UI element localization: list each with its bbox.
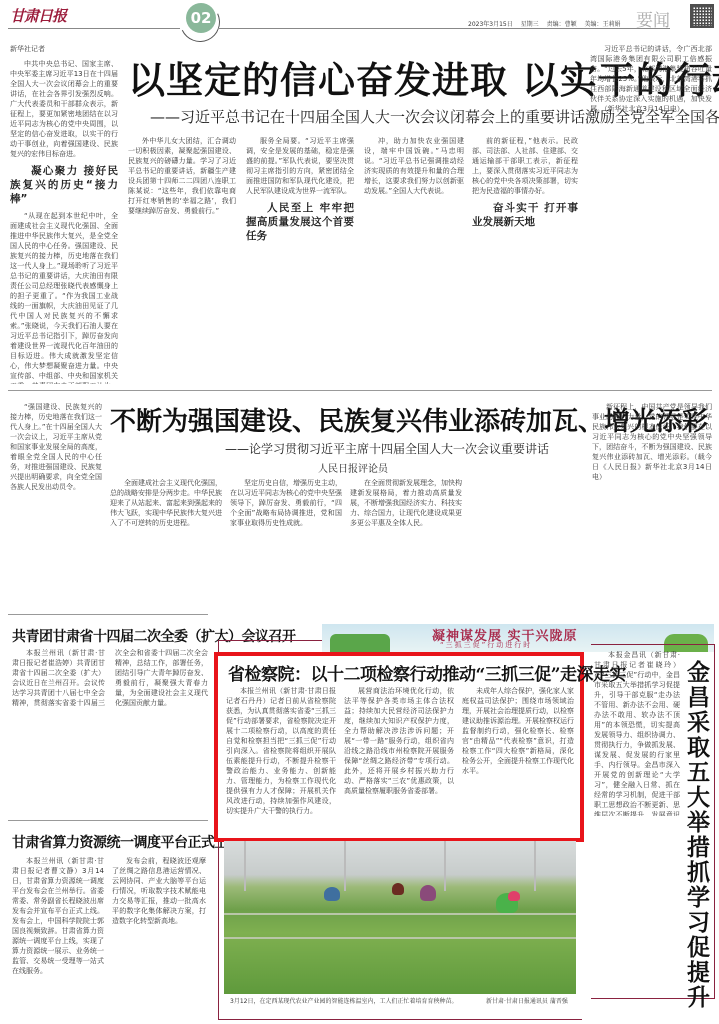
paragraph: 前的新征程，”他表示。民政部、司法部、人社部、住建部、交通运输部干部职工表示，新… — [472, 136, 578, 196]
paragraph: 本报金昌讯（新甘肃·甘肃日报记者崔晓玲）在“三抓三促”行动中，金昌市采取五大举措… — [594, 650, 680, 816]
subhead: 凝心聚力 接好民族复兴的历史“接力棒” — [10, 164, 118, 206]
buildings-illustration-icon — [330, 634, 390, 652]
photo-credit: 新甘肃·甘肃日报通讯员 蒲晋强 — [486, 996, 568, 1005]
paragraph: 在全面贯彻新发展理念，加快构建新发展格局，着力推动高质量发展，不断增强我国经济实… — [350, 478, 462, 528]
byline: 新华社记者 — [10, 44, 118, 54]
subhead: 人民至上 牢牢把握高质量发展这个首要任务 — [246, 201, 354, 243]
section-divider — [8, 390, 712, 391]
subhead: 奋斗实干 打开事业发展新天地 — [472, 201, 578, 229]
article-column: 全面建成社会主义现代化强国，总的战略安排是分两步走。中华民族迎来了从站起来、富起… — [110, 478, 222, 592]
worker-figure — [508, 891, 520, 901]
page-number-badge: 02 — [186, 3, 216, 33]
paragraph: 本报兰州讯（新甘肃·甘肃日报记者曹文静）3月14日，甘肃省算力资源统一调度平台发… — [12, 856, 104, 976]
frame-border — [218, 1019, 582, 1020]
article-column: “强国建设、民族复兴的接力棒，历史地落在我们这一代人身上。”在十四届全国人大一次… — [10, 402, 102, 592]
article-column: 本报兰州讯（新甘肃·甘肃日报记者崔浩婷）共青团甘肃省十四届二次全委（扩大）会议近… — [12, 648, 208, 814]
worker-figure — [392, 883, 404, 895]
masthead: 甘肃日报 02 2023年3月15日 星期三 责编：曹颖 美编：王莉娟 要闻 — [0, 0, 719, 36]
paragraph: 发布会前，程晓波还观摩了丝绸之路信息港运营情况、云网协同、产业大脑等平台运行情况… — [112, 856, 206, 926]
issue-meta: 2023年3月15日 星期三 责编：曹颖 美编：王莉娟 — [468, 19, 627, 28]
paragraph: 本报兰州讯（新甘肃·甘肃日报记者崔浩婷）共青团甘肃省十四届二次全委（扩大）会议近… — [12, 648, 208, 708]
greenhouse-photo[interactable] — [224, 841, 576, 994]
article-column: 新征程上，中国共产党是领导我们事业的核心力量，党的领导是实现中华民族伟大复兴的根… — [592, 402, 712, 608]
article-column: 前的新征程，”他表示。民政部、司法部、人社部、住建部、交通运输部干部职工表示，新… — [472, 136, 578, 384]
frame-border — [218, 640, 322, 641]
paragraph: 新征程上，中国共产党是领导我们事业的核心力量，党的领导是实现中华民族伟大复兴的根… — [592, 402, 712, 482]
banner-subtitle: “三抓三促”行动进行时 — [440, 640, 532, 650]
article-column: 本报金昌讯（新甘肃·甘肃日报记者崔晓玲）在“三抓三促”行动中，金昌市采取五大举措… — [594, 650, 680, 816]
article-column: 发布会前，程晓波还观摩了丝绸之路信息港运营情况、云网协同、产业大脑等平台运行情况… — [112, 856, 206, 1016]
paragraph: 坚定历史自信，增强历史主动，在以习近平同志为核心的党中央坚强领导下，踔厉奋发、勇… — [230, 478, 342, 528]
paragraph: 展营商法治环境优化行动，依法平等保护各类市场主体合法权益；持续加大民营经济司法保… — [344, 686, 454, 796]
paragraph: “从现在起到本世纪中叶，全面建成社会主义现代化强国、全面推进中华民族伟大复兴，是… — [10, 211, 118, 384]
masthead-rule — [8, 28, 180, 29]
paragraph: 本报兰州讯（新甘肃·甘肃日报记者石丹丹）记者日前从省检察院获悉，为认真贯彻落实省… — [226, 686, 336, 816]
photo-caption: 3月12日，在定西某现代农业产业园的智能连栋温室内，工人们正忙着培育育秧种苗。 — [230, 996, 457, 1005]
qr-code-icon[interactable] — [690, 4, 714, 28]
article-column: 未成年人综合保护，强化家人家庭权益司法保护；围绕市场领域治理，开展社会治理提质行… — [462, 686, 574, 836]
worker-figure — [324, 887, 340, 901]
paragraph: 未成年人综合保护，强化家人家庭权益司法保护；围绕市场领域治理，开展社会治理提质行… — [462, 686, 574, 776]
issue-designer: 美编：王莉娟 — [585, 21, 621, 28]
article-column: 冲，助力加快农业强国建设，端牢中国饭碗。”马忠明说。“习近平总书记强调推动经济实… — [364, 136, 464, 384]
article-column: 展营商法治环境优化行动，依法平等保护各类市场主体合法权益；持续加大民营经济司法保… — [344, 686, 454, 836]
editorial-subheadline: ——论学习贯彻习近平主席十四届全国人大一次会议重要讲话 — [225, 440, 549, 457]
worker-figure — [420, 885, 436, 901]
paragraph: 外中华儿女大团结，汇合调动一切积极因素，凝聚起强国建设、民族复兴的磅礴力量。学习… — [128, 136, 236, 216]
paragraph: 习近平总书记的讲话，令广西北部湾国际港务集团有限公司职工倍感振奋。“过去5年，北… — [590, 44, 712, 114]
article-column: 在全面贯彻新发展理念，加快构建新发展格局，着力推动高质量发展，不断增强我国经济实… — [350, 478, 462, 592]
masthead-rule — [218, 28, 670, 29]
article-column: 新华社记者 中共中央总书记、国家主席、中央军委主席习近平13日在十四届全国人大一… — [10, 44, 118, 384]
issue-date: 2023年3月15日 — [468, 21, 513, 28]
article-column: 本报兰州讯（新甘肃·甘肃日报记者曹文静）3月14日，甘肃省算力资源统一调度平台发… — [12, 856, 104, 1016]
article-headline: 甘肃省算力资源统一调度平台正式上线 — [12, 832, 242, 852]
highlighted-headline: 省检察院：以十二项检察行动推动“三抓三促”走深走实 — [228, 660, 626, 685]
article-headline: 共青团甘肃省十四届二次全委（扩大）会议召开 — [12, 626, 296, 646]
vertical-headline: 金昌采取五大举措抓学习促提升 — [684, 660, 710, 1010]
article-column: 习近平总书记的讲话，令广西北部湾国际港务集团有限公司职工倍感振奋。“过去5年，北… — [590, 44, 712, 384]
issue-editor: 责编：曹颖 — [547, 21, 577, 28]
highlighted-article[interactable]: 省检察院：以十二项检察行动推动“三抓三促”走深走实 本报兰州讯（新甘肃·甘肃日报… — [214, 652, 584, 842]
paragraph: 冲，助力加快农业强国建设，端牢中国饭碗。”马忠明说。“习近平总书记强调推动经济实… — [364, 136, 464, 196]
newspaper-logo: 甘肃日报 — [10, 5, 66, 26]
paragraph: 服务全局要。“习近平主席强调，安全是发展的基础，稳定是强盛的前提。”军队代表说，… — [246, 136, 354, 196]
issue-weekday: 星期三 — [521, 21, 539, 28]
article-column: 本报兰州讯（新甘肃·甘肃日报记者石丹丹）记者日前从省检察院获悉，为认真贯彻落实省… — [226, 686, 336, 836]
editorial-author: 人民日报评论员 — [318, 460, 388, 475]
paragraph: “强国建设、民族复兴的接力棒，历史地落在我们这一代人身上。”在十四届全国人大一次… — [10, 402, 102, 492]
article-column: 坚定历史自信，增强历史主动，在以习近平同志为核心的党中央坚强领导下，踔厉奋发、勇… — [230, 478, 342, 592]
article-column: 服务全局要。“习近平主席强调，安全是发展的基础，稳定是强盛的前提。”军队代表说，… — [246, 136, 354, 384]
section-divider — [8, 614, 208, 615]
paragraph: 全面建成社会主义现代化强国，总的战略安排是分两步走。中华民族迎来了从站起来、富起… — [110, 478, 222, 528]
lead-paragraph: 中共中央总书记、国家主席、中央军委主席习近平13日在十四届全国人大一次会议闭幕会… — [10, 59, 118, 159]
section-divider — [8, 820, 208, 821]
article-column: 外中华儿女大团结，汇合调动一切积极因素，凝聚起强国建设、民族复兴的磅礴力量。学习… — [128, 136, 236, 384]
section-name: 要闻 — [636, 6, 670, 31]
